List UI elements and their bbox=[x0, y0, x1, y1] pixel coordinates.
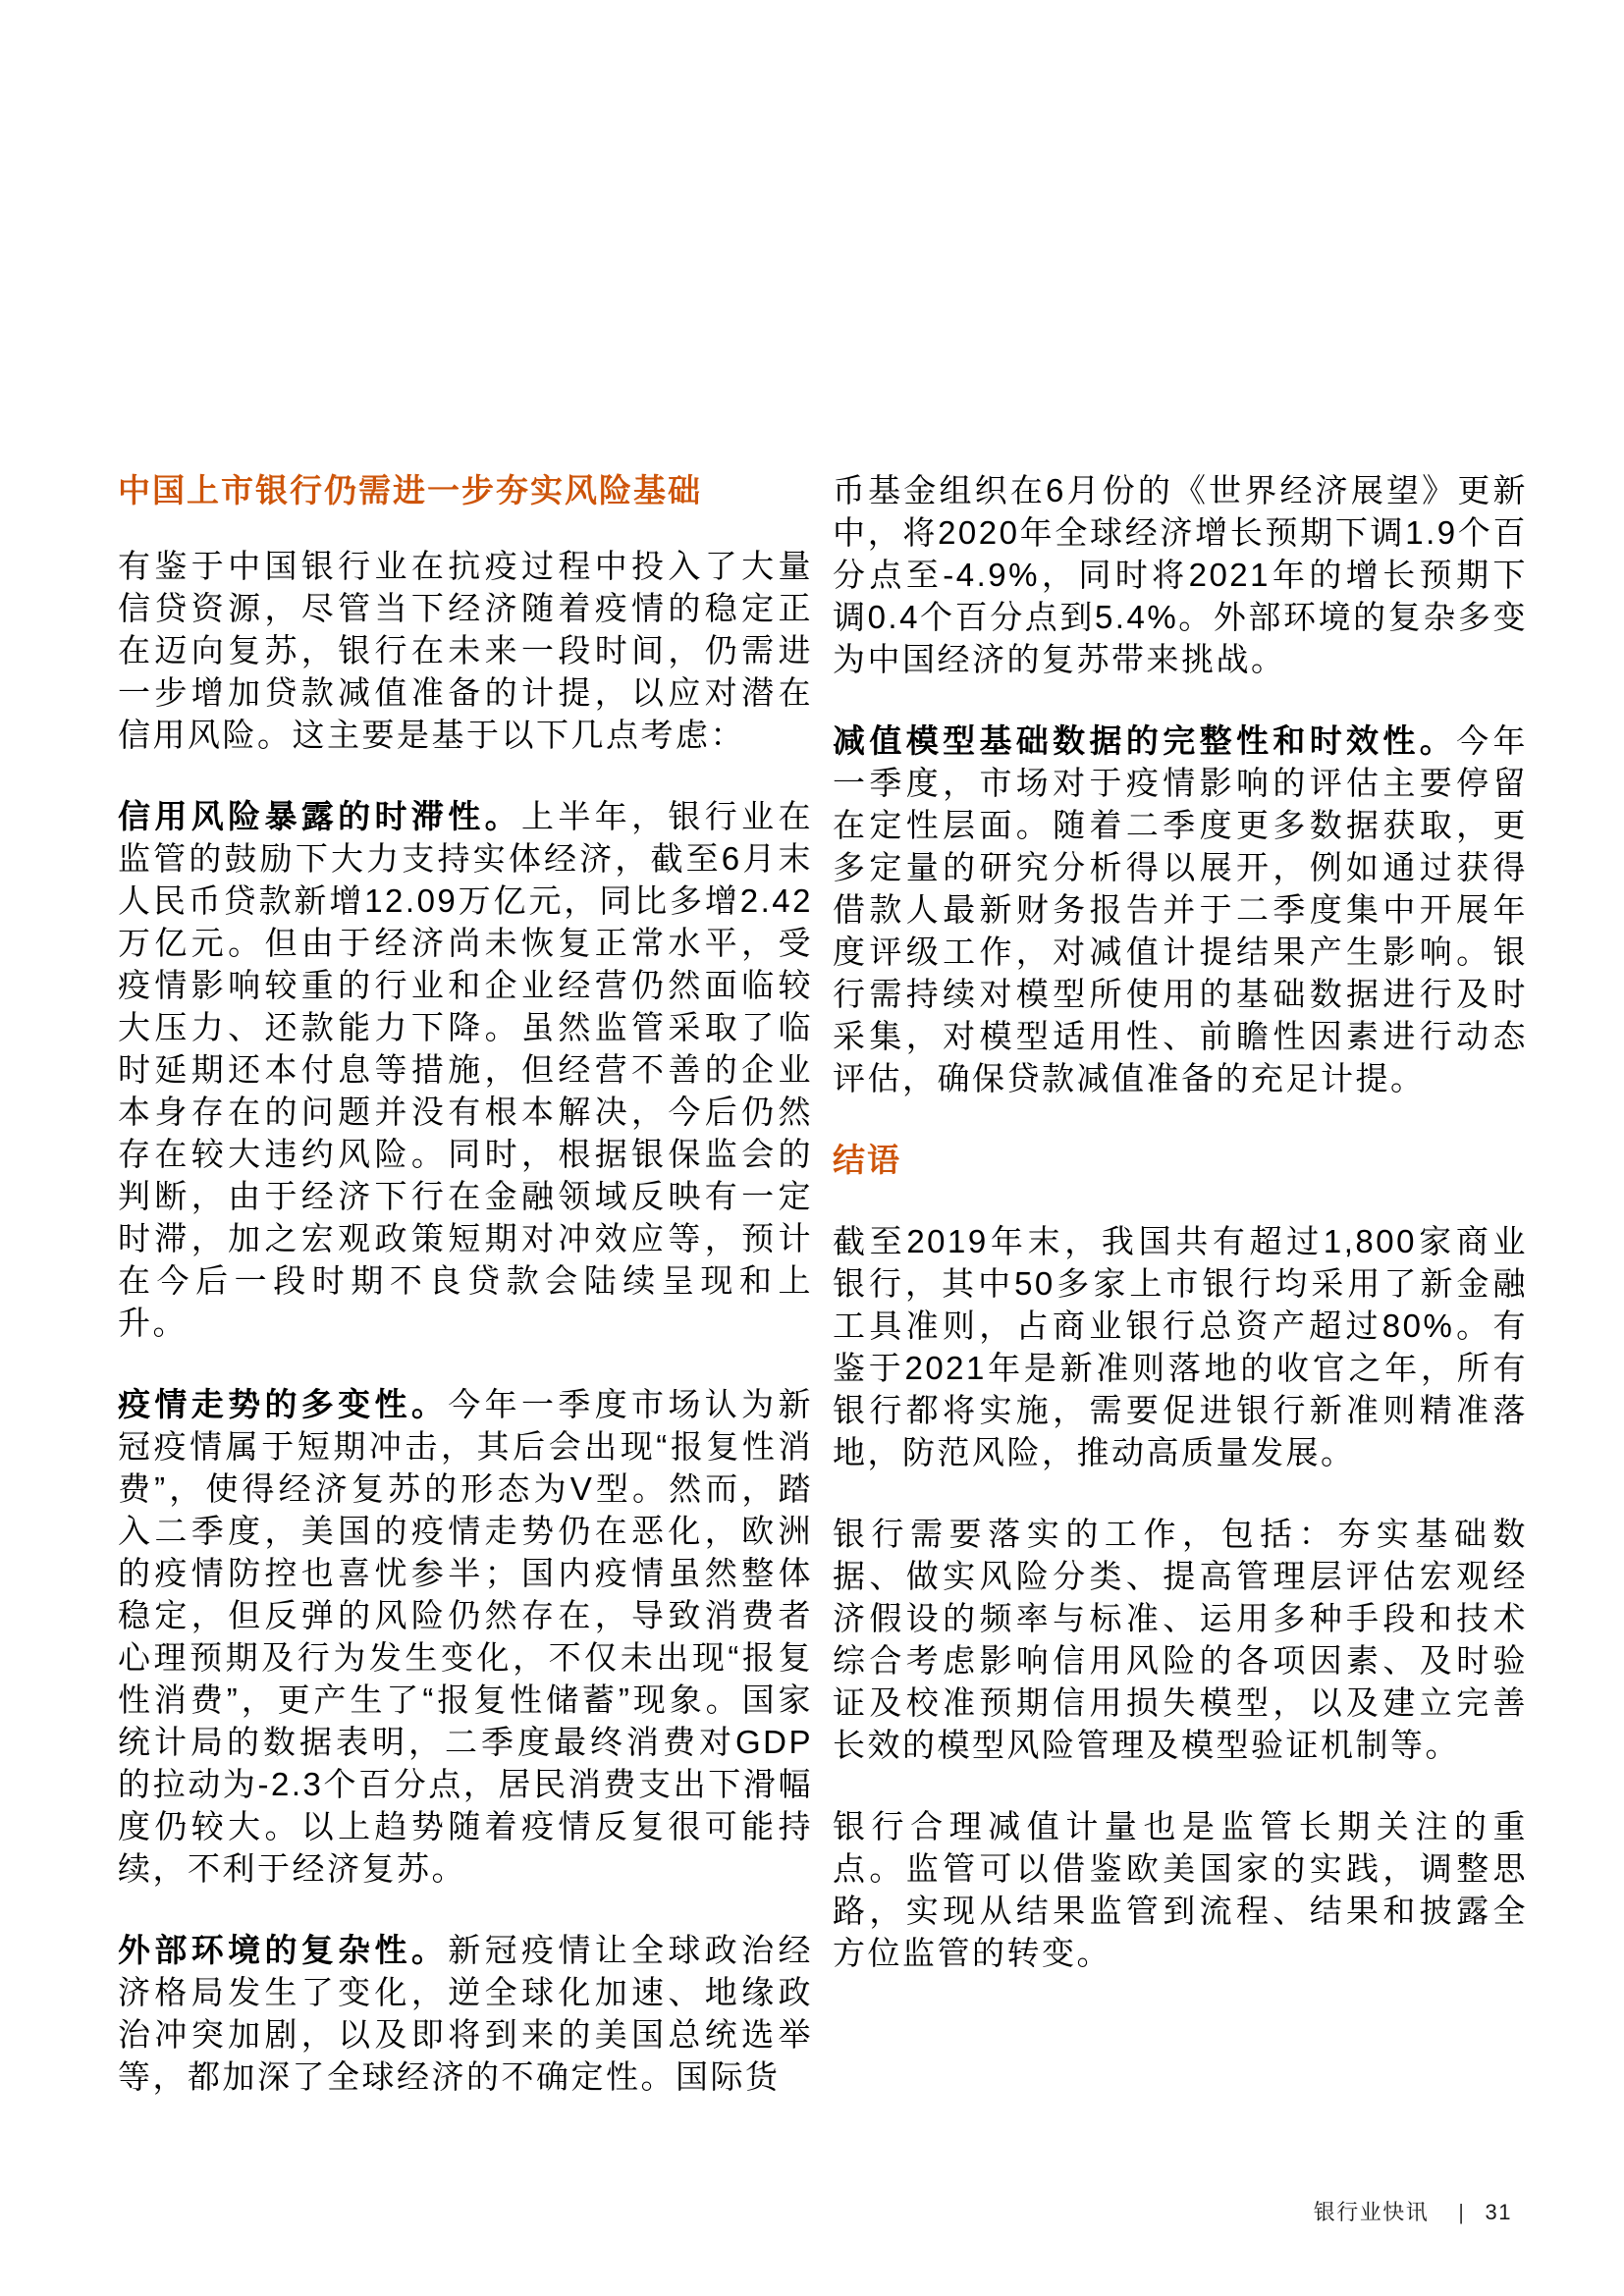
paragraph-text: 截至2019年末，我国共有超过1,800家商业银行，其中50多家上市银行均采用了… bbox=[833, 1223, 1528, 1470]
paragraph-external-complexity: 外部环境的复杂性。新冠疫情让全球政治经济格局发生了变化，逆全球化加速、地缘政治冲… bbox=[118, 1929, 813, 2098]
paragraph-model-data-integrity: 减值模型基础数据的完整性和时效性。今年一季度，市场对于疫情影响的评估主要停留在定… bbox=[833, 720, 1528, 1099]
paragraph-credit-risk-lag: 信用风险暴露的时滞性。上半年，银行业在监管的鼓励下大力支持实体经济，截至6月末人… bbox=[118, 795, 813, 1344]
paragraph-text: 今年一季度，市场对于疫情影响的评估主要停留在定性层面。随着二季度更多数据获取，更… bbox=[833, 722, 1528, 1096]
left-column: 中国上市银行仍需进一步夯实风险基础 有鉴于中国银行业在抗疫过程中投入了大量信贷资… bbox=[118, 469, 813, 2137]
footer-separator: | bbox=[1458, 2200, 1465, 2224]
paragraph-imf-continuation: 币基金组织在6月份的《世界经济展望》更新中，将2020年全球经济增长预期下调1.… bbox=[833, 469, 1528, 680]
document-page: 中国上市银行仍需进一步夯实风险基础 有鉴于中国银行业在抗疫过程中投入了大量信贷资… bbox=[0, 0, 1624, 2296]
paragraph-lead: 外部环境的复杂性。 bbox=[118, 1932, 448, 1968]
paragraph-lead: 减值模型基础数据的完整性和时效性。 bbox=[833, 722, 1456, 759]
right-column: 币基金组织在6月份的《世界经济展望》更新中，将2020年全球经济增长预期下调1.… bbox=[833, 469, 1528, 2013]
paragraph-lead: 疫情走势的多变性。 bbox=[118, 1386, 448, 1422]
paragraph-text: 银行合理减值计量也是监管长期关注的重点。监管可以借鉴欧美国家的实践，调整思路，实… bbox=[833, 1808, 1528, 1971]
paragraph-text: 有鉴于中国银行业在抗疫过程中投入了大量信贷资源，尽管当下经济随着疫情的稳定正在迈… bbox=[118, 548, 813, 753]
paragraph-text: 上半年，银行业在监管的鼓励下大力支持实体经济，截至6月末人民币贷款新增12.09… bbox=[118, 798, 813, 1341]
section-heading-risk-foundation: 中国上市银行仍需进一步夯实风险基础 bbox=[118, 469, 813, 511]
footer-page-number: 31 bbox=[1486, 2200, 1512, 2224]
paragraph-pandemic-volatility: 疫情走势的多变性。今年一季度市场认为新冠疫情属于短期冲击，其后会出现“报复性消费… bbox=[118, 1383, 813, 1890]
paragraph-conclusion-2: 银行需要落实的工作，包括：夯实基础数据、做实风险分类、提高管理层评估宏观经济假设… bbox=[833, 1513, 1528, 1766]
paragraph-intro: 有鉴于中国银行业在抗疫过程中投入了大量信贷资源，尽管当下经济随着疫情的稳定正在迈… bbox=[118, 545, 813, 756]
footer-publication-name: 银行业快讯 bbox=[1314, 2200, 1430, 2224]
paragraph-lead: 信用风险暴露的时滞性。 bbox=[118, 798, 521, 834]
section-heading-conclusion: 结语 bbox=[833, 1139, 1528, 1181]
paragraph-text: 币基金组织在6月份的《世界经济展望》更新中，将2020年全球经济增长预期下调1.… bbox=[833, 472, 1528, 677]
paragraph-text: 银行需要落实的工作，包括：夯实基础数据、做实风险分类、提高管理层评估宏观经济假设… bbox=[833, 1516, 1528, 1763]
paragraph-conclusion-3: 银行合理减值计量也是监管长期关注的重点。监管可以借鉴欧美国家的实践，调整思路，实… bbox=[833, 1805, 1528, 1974]
paragraph-text: 今年一季度市场认为新冠疫情属于短期冲击，其后会出现“报复性消费”，使得经济复苏的… bbox=[118, 1386, 813, 1887]
page-footer: 银行业快讯|31 bbox=[1314, 2199, 1512, 2226]
paragraph-conclusion-1: 截至2019年末，我国共有超过1,800家商业银行，其中50多家上市银行均采用了… bbox=[833, 1220, 1528, 1473]
